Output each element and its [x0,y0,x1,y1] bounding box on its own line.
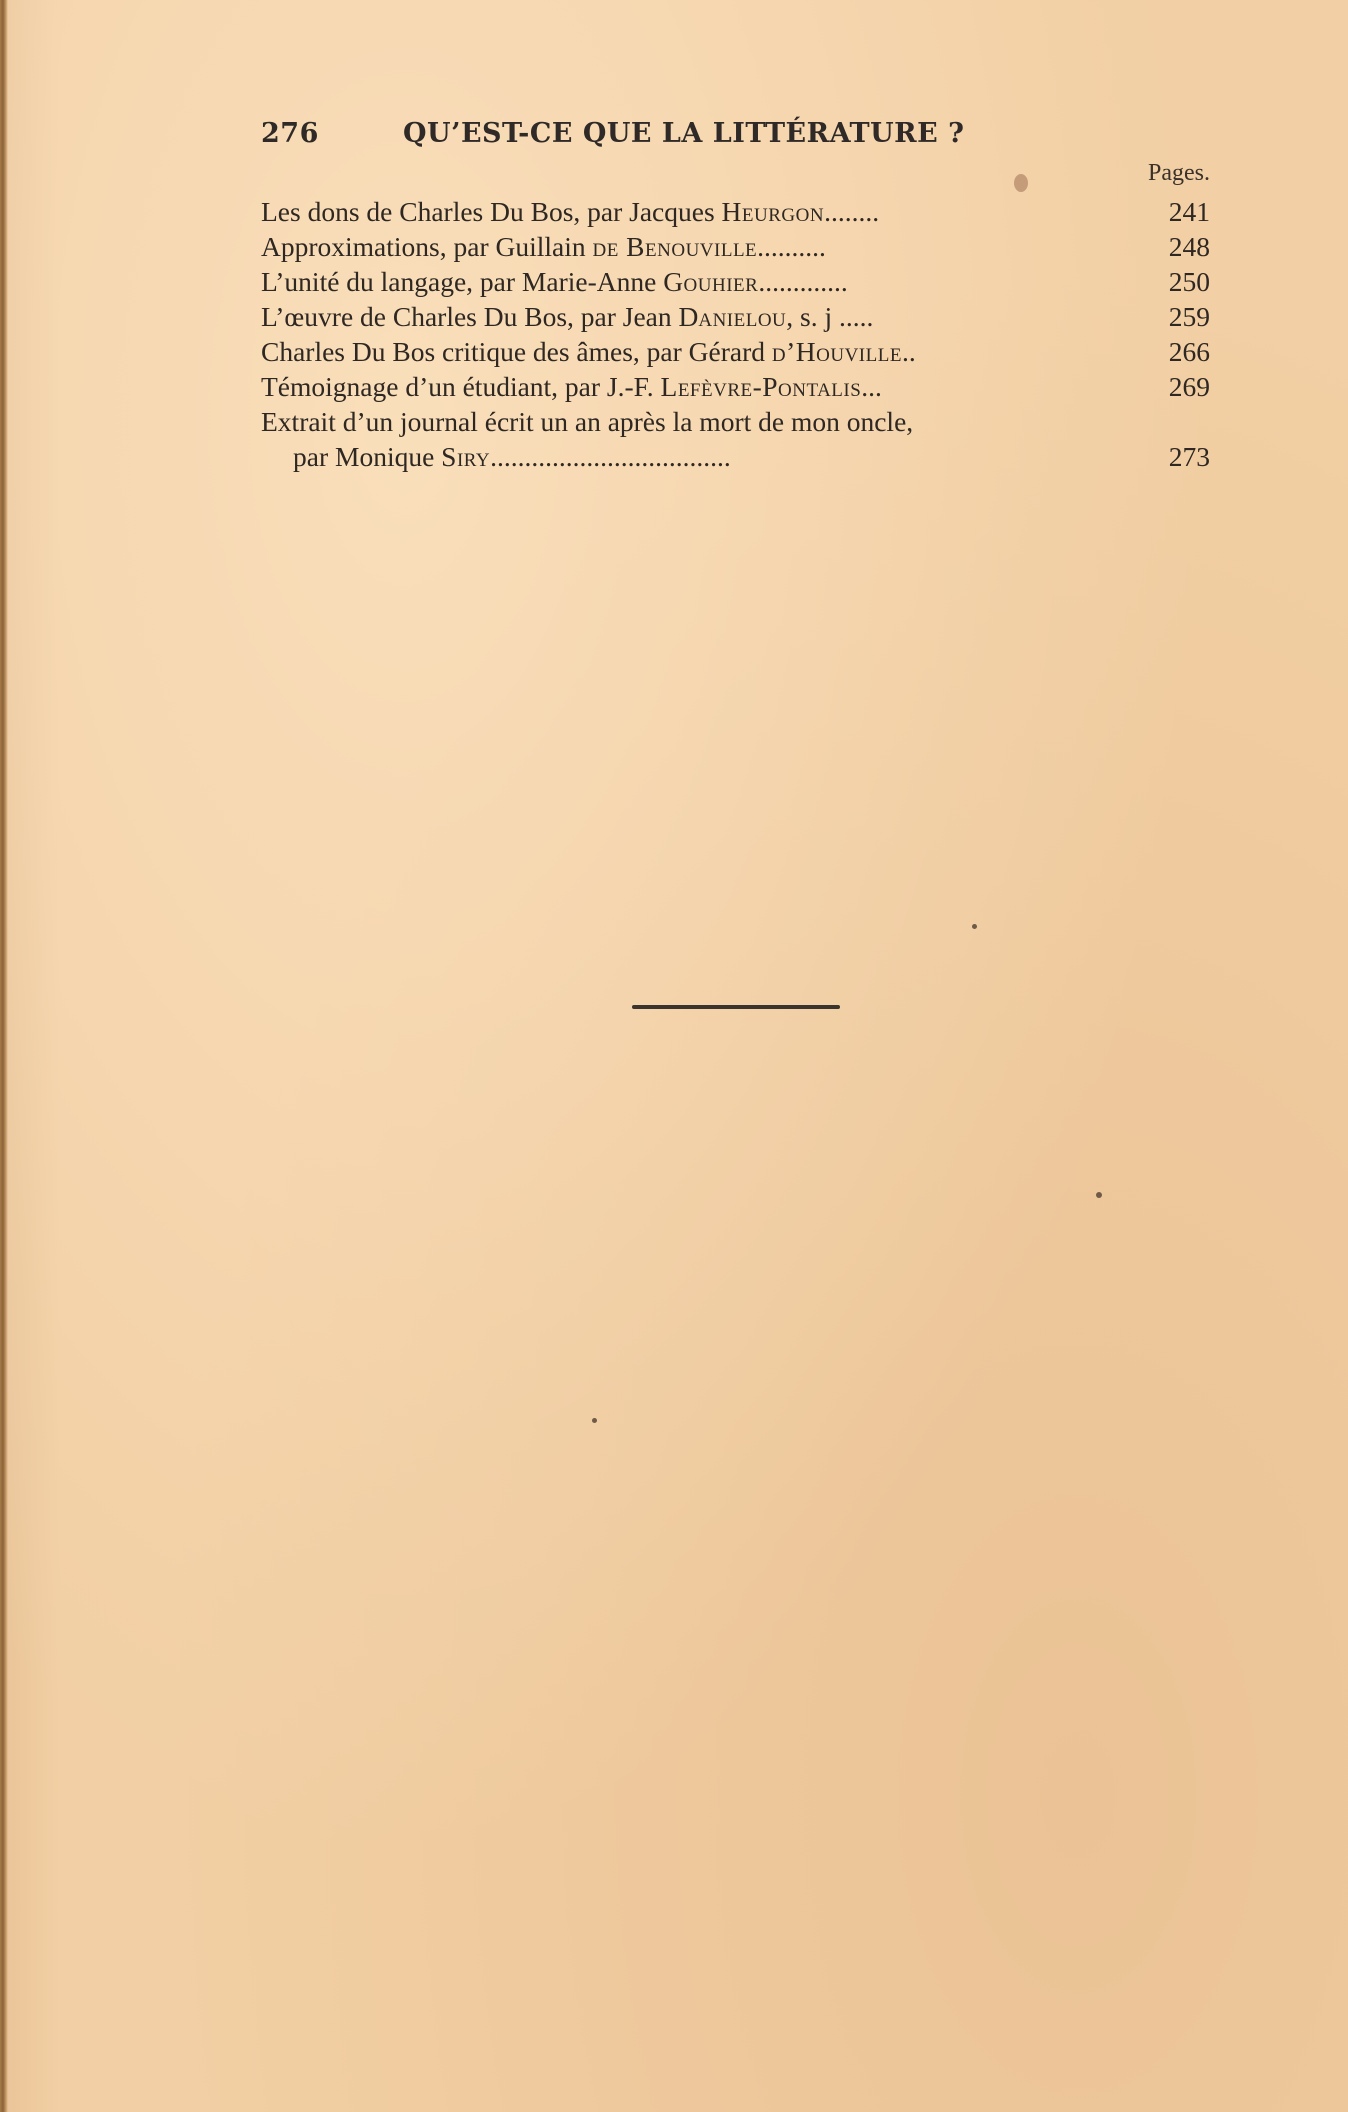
toc-entry: Les dons de Charles Du Bos, par Jacques … [261,194,1210,229]
paper-speck [1014,174,1028,192]
book-gutter [0,0,8,2112]
paper-speck [972,924,977,929]
toc-entry: L’œuvre de Charles Du Bos, par Jean Dani… [261,299,1210,334]
end-rule [632,1005,840,1009]
toc-entry-page: 248 [1169,229,1210,264]
toc-entry: Approximations, par Guillain de Benouvil… [261,229,1210,264]
toc-entry: Charles Du Bos critique des âmes, par Gé… [261,334,1210,369]
toc-entry: L’unité du langage, par Marie-Anne Gouhi… [261,264,1210,299]
table-of-contents: Les dons de Charles Du Bos, par Jacques … [261,194,1210,474]
running-head-title: QU’EST-CE QUE LA LITTÉRATURE ? [403,118,964,149]
toc-entry-page: 259 [1169,299,1210,334]
page-number: 276 [261,118,319,149]
toc-entry: Extrait d’un journal écrit un an après l… [261,404,1210,439]
toc-entry-page: 273 [1169,439,1210,474]
toc-entry-title: Les dons de Charles Du Bos, par Jacques … [261,194,879,229]
toc-entry-page: 241 [1169,194,1210,229]
toc-entry-title: L’unité du langage, par Marie-Anne Gouhi… [261,264,848,299]
toc-entry-title: Charles Du Bos critique des âmes, par Gé… [261,334,916,369]
paper-speck [592,1418,597,1423]
toc-entry-title: Extrait d’un journal écrit un an après l… [261,404,913,439]
toc-entry-continuation: par Monique Siry........................… [261,439,1210,474]
toc-entry-title: L’œuvre de Charles Du Bos, par Jean Dani… [261,299,873,334]
pages-column-label: Pages. [1148,160,1210,187]
toc-entry-title: Approximations, par Guillain de Benouvil… [261,229,826,264]
toc-entry-page: 250 [1169,264,1210,299]
toc-entry-page: 266 [1169,334,1210,369]
toc-entry: Témoignage d’un étudiant, par J.-F. Lefè… [261,369,1210,404]
toc-entry-page: 269 [1169,369,1210,404]
paper-speck [1096,1192,1102,1198]
toc-entry-title: Témoignage d’un étudiant, par J.-F. Lefè… [261,369,882,404]
toc-entry-title: par Monique Siry........................… [293,439,731,474]
